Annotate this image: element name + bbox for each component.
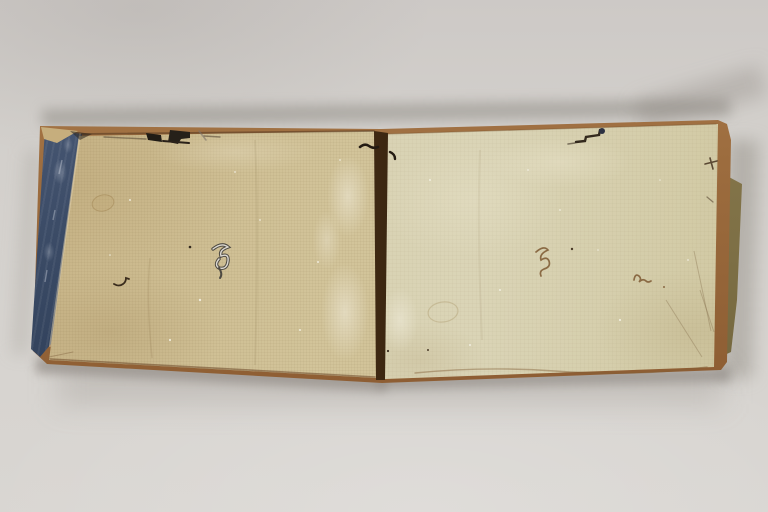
shadow-top: [42, 99, 730, 127]
photo-stage: [0, 0, 768, 512]
